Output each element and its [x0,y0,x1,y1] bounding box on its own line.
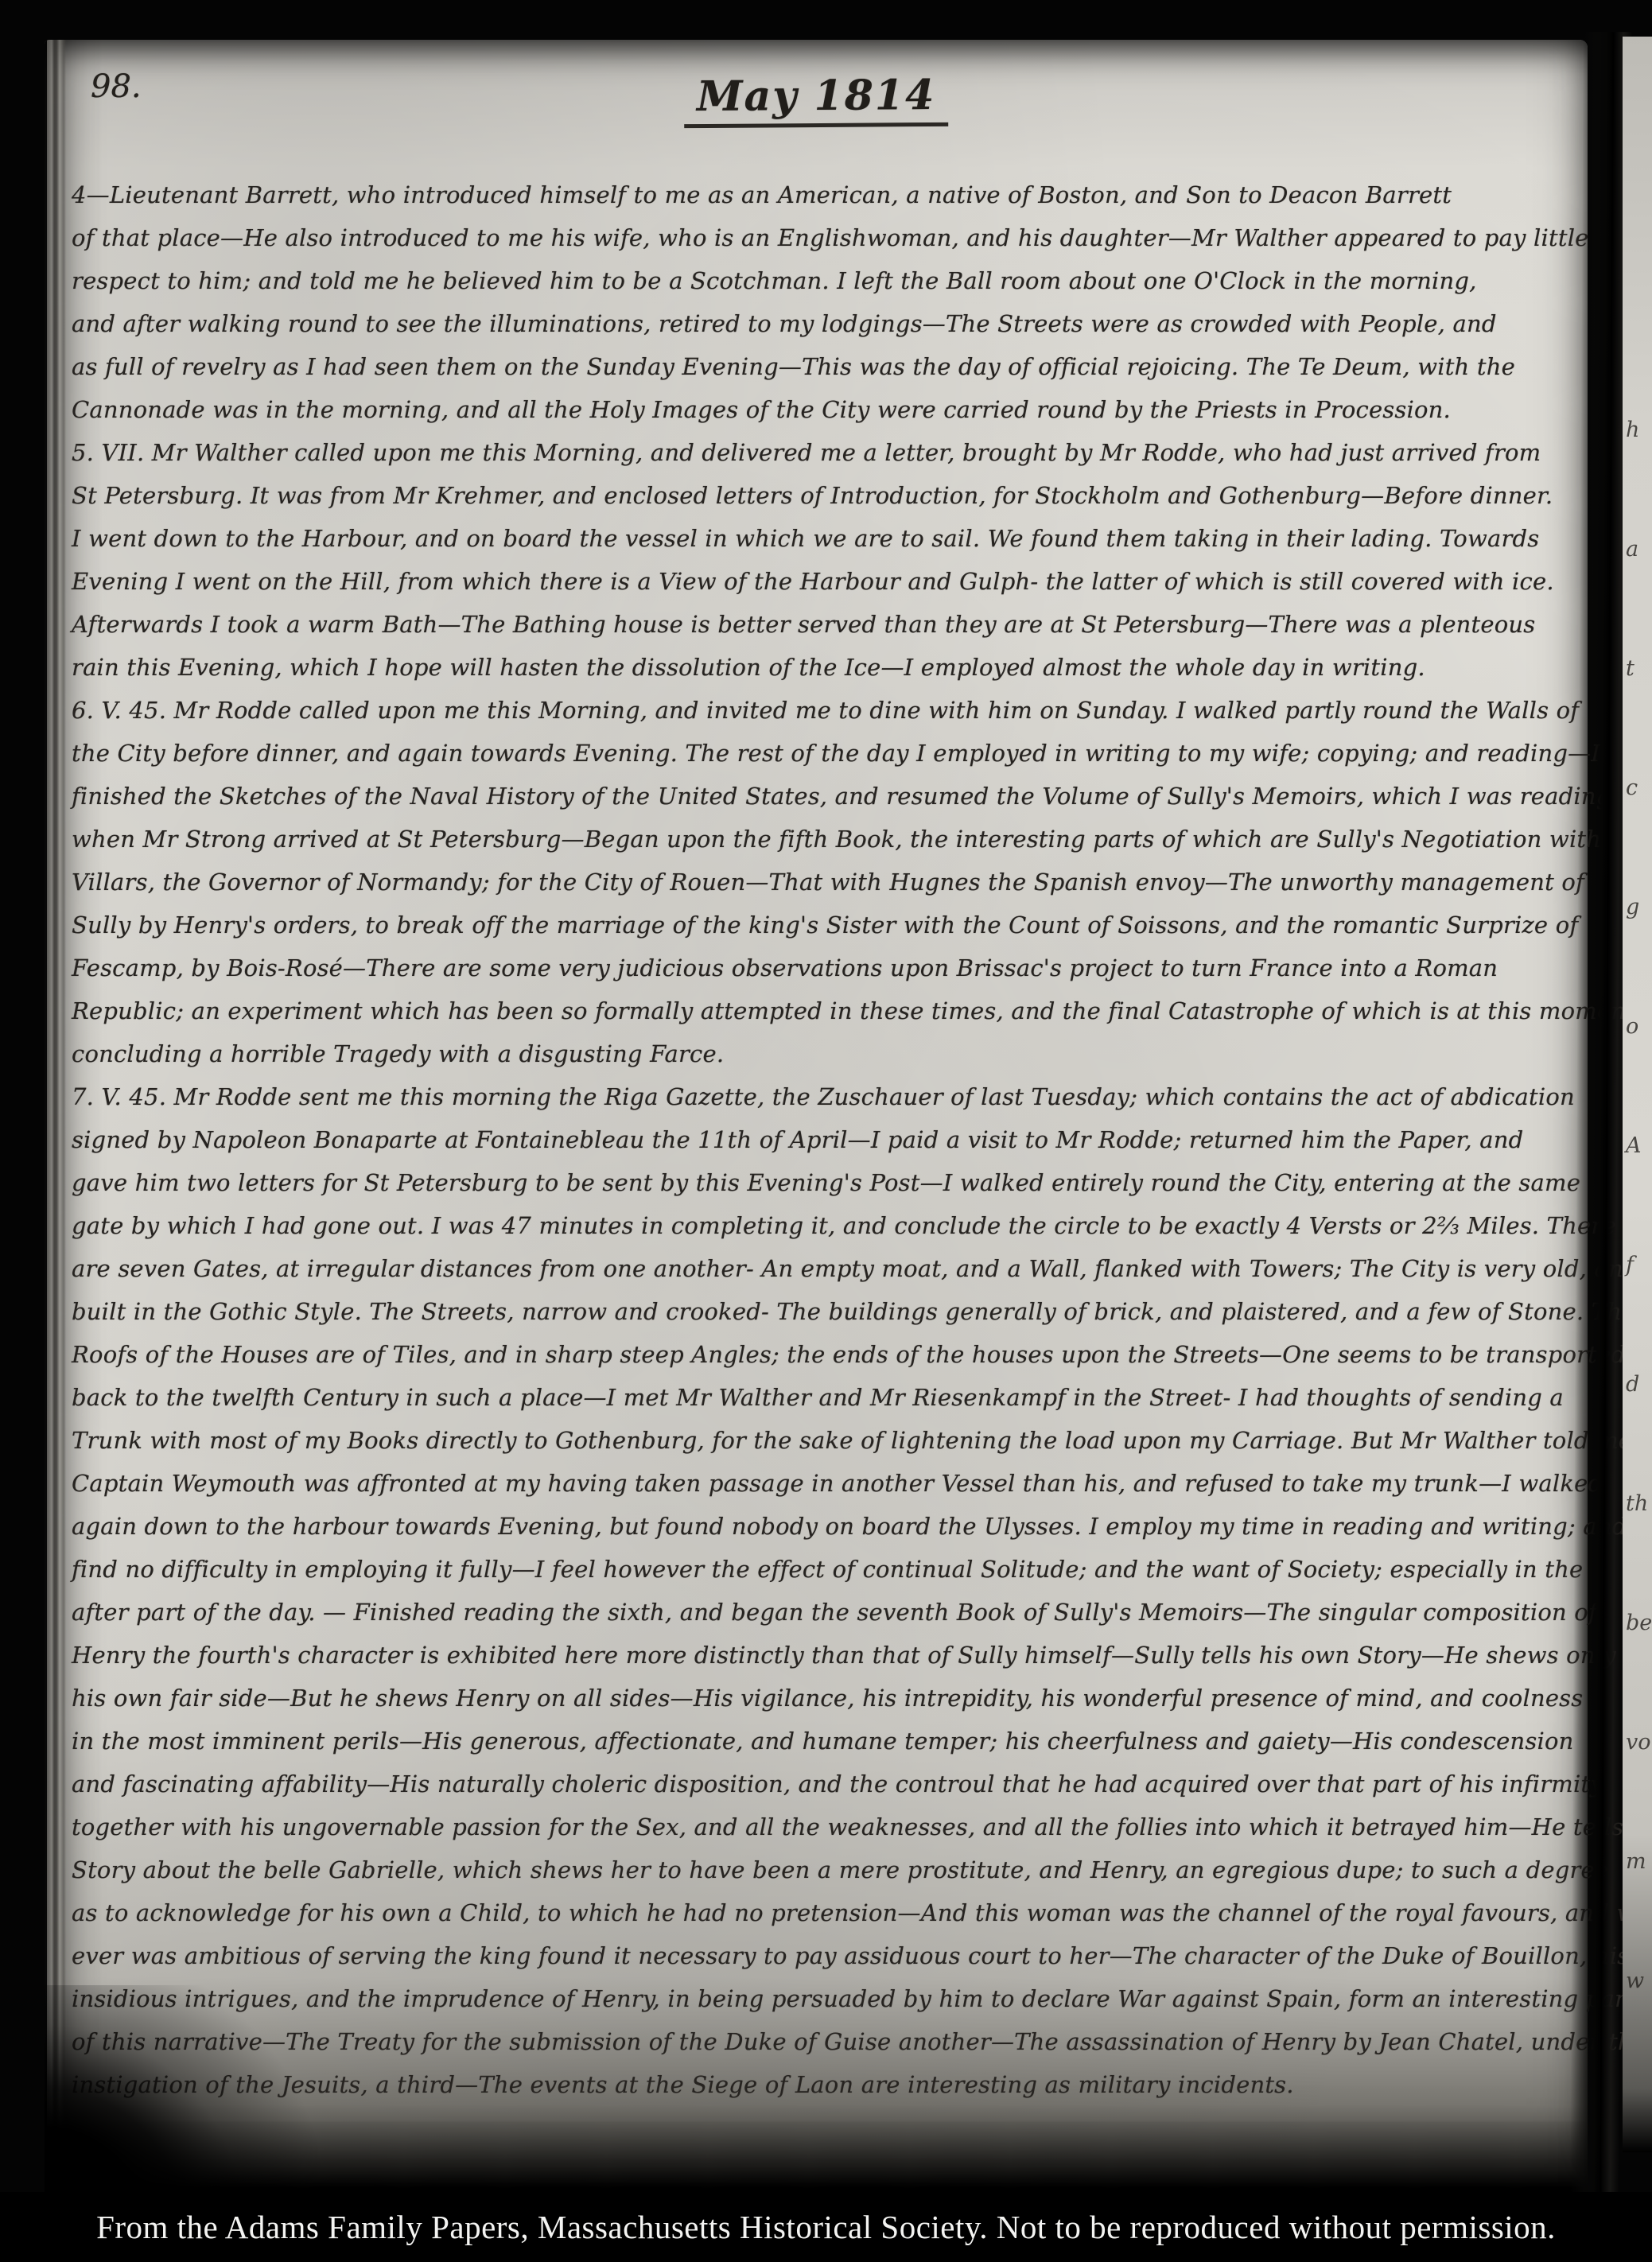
manuscript-line: 5. VII. Mr Walther called upon me this M… [72,431,1568,474]
manuscript-line: Trunk with most of my Books directly to … [72,1419,1568,1462]
manuscript-line: built in the Gothic Style. The Streets, … [72,1290,1568,1333]
facing-page-letter-fragment: th [1626,1444,1652,1564]
manuscript-line: together with his ungovernable passion f… [72,1805,1568,1848]
manuscript-line: respect to him; and told me he believed … [72,259,1568,302]
manuscript-line: back to the twelfth Century in such a pl… [72,1376,1568,1419]
manuscript-text: 4—Lieutenant Barrett, who introduced him… [72,173,1568,2106]
manuscript-line: Roofs of the Houses are of Tiles, and in… [72,1333,1568,1376]
manuscript-line: when Mr Strong arrived at St Petersburg—… [72,818,1568,861]
manuscript-line: I went down to the Harbour, and on board… [72,517,1568,560]
manuscript-line: as to acknowledge for his own a Child, t… [72,1891,1568,1934]
manuscript-line: 6. V. 45. Mr Rodde called upon me this M… [72,689,1568,732]
manuscript-line: Afterwards I took a warm Bath—The Bathin… [72,603,1568,646]
manuscript-line: gate by which I had gone out. I was 47 m… [72,1204,1568,1247]
facing-page-text-fragments: hatcgoAfdthbevomw [1623,37,1652,2041]
manuscript-line: insidious intrigues, and the imprudence … [72,1977,1568,2020]
manuscript-line: find no difficulty in employing it fully… [72,1548,1568,1591]
manuscript-line: Republic; an experiment which has been s… [72,989,1568,1032]
manuscript-line: gave him two letters for St Petersburg t… [72,1161,1568,1204]
facing-page-letter-fragment: w [1626,1922,1652,2041]
facing-page-letter-fragment: o [1626,967,1652,1086]
manuscript-line: ever was ambitious of serving the king f… [72,1934,1568,1977]
facing-page-letter-fragment: m [1626,1802,1652,1922]
manuscript-line: instigation of the Jesuits, a third—The … [72,2063,1568,2106]
manuscript-line: Henry the fourth's character is exhibite… [72,1634,1568,1677]
manuscript-line: of that place—He also introduced to me h… [72,216,1568,259]
manuscript-line: St Petersburg. It was from Mr Krehmer, a… [72,474,1568,517]
manuscript-line: Evening I went on the Hill, from which t… [72,560,1568,603]
manuscript-line: are seven Gates, at irregular distances … [72,1247,1568,1290]
manuscript-line: in the most imminent perils—His generous… [72,1720,1568,1763]
facing-page-letter-fragment: be [1626,1564,1652,1683]
facing-page-sliver: hatcgoAfdthbevomw [1623,37,1652,2152]
facing-page-letter-fragment: A [1626,1086,1652,1206]
manuscript-line: Fescamp, by Bois-Rosé—There are some ver… [72,946,1568,989]
heading-wrap: May 1814 [45,72,1588,127]
manuscript-line: again down to the harbour towards Evenin… [72,1505,1568,1548]
manuscript-line: the City before dinner, and again toward… [72,732,1568,775]
manuscript-line: 7. V. 45. Mr Rodde sent me this morning … [72,1075,1568,1118]
manuscript-line: his own fair side—But he shews Henry on … [72,1677,1568,1720]
manuscript-line: Sully by Henry's orders, to break off th… [72,904,1568,946]
manuscript-line: Story about the belle Gabrielle, which s… [72,1848,1568,1891]
manuscript-line: Cannonade was in the morning, and all th… [72,388,1568,431]
manuscript-line: of this narrative—The Treaty for the sub… [72,2020,1568,2063]
manuscript-line: signed by Napoleon Bonaparte at Fontaine… [72,1118,1568,1161]
facing-page-letter-fragment: h [1626,371,1652,490]
archive-caption: From the Adams Family Papers, Massachuse… [96,2208,1556,2246]
manuscript-line: and after walking round to see the illum… [72,302,1568,345]
manuscript-line: and fascinating affability—His naturally… [72,1763,1568,1805]
manuscript-line: finished the Sketches of the Naval Histo… [72,775,1568,818]
manuscript-line: concluding a horrible Tragedy with a dis… [72,1032,1568,1075]
facing-page-letter-fragment: a [1626,490,1652,609]
manuscript-line: Villars, the Governor of Normandy; for t… [72,861,1568,904]
facing-page-letter-fragment: d [1626,1325,1652,1444]
manuscript-line: as full of revelry as I had seen them on… [72,345,1568,388]
manuscript-line: Captain Weymouth was affronted at my hav… [72,1462,1568,1505]
manuscript-line: after part of the day. — Finished readin… [72,1591,1568,1634]
month-year-heading: May 1814 [684,71,949,128]
facing-page-letter-fragment: g [1626,848,1652,967]
facing-page-letter-fragment: f [1626,1206,1652,1325]
facing-page-letter-fragment: c [1626,729,1652,848]
facing-page-letter-fragment: t [1626,609,1652,729]
caption-band: From the Adams Family Papers, Massachuse… [0,2192,1652,2262]
manuscript-line: 4—Lieutenant Barrett, who introduced him… [72,173,1568,216]
scan-background: { "document": { "page_number": "98.", "h… [0,0,1652,2262]
manuscript-line: rain this Evening, which I hope will has… [72,646,1568,689]
facing-page-letter-fragment: vo [1626,1683,1652,1802]
manuscript-page: 98. May 1814 4—Lieutenant Barrett, who i… [45,40,1588,2192]
